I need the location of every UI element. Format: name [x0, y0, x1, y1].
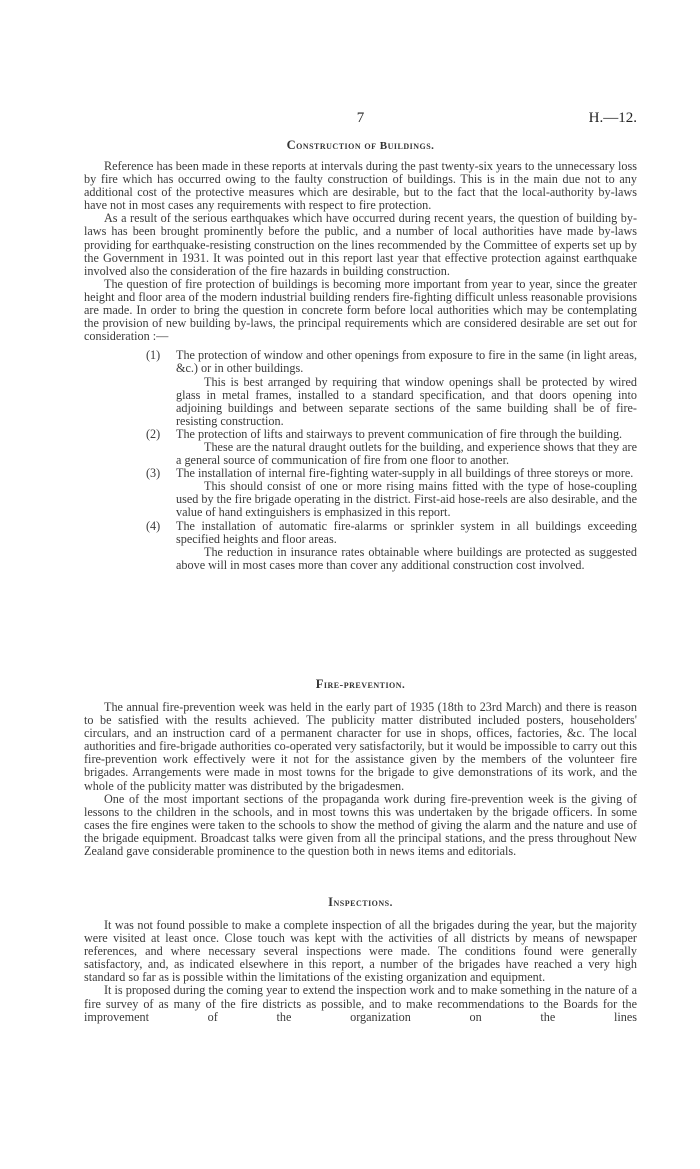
paragraph: It is proposed during the coming year to… [84, 984, 637, 1023]
section-construction-of-buildings: Construction of Buildings. Reference has… [84, 138, 637, 572]
list-item-number: (4) [146, 520, 160, 533]
paragraph: The question of fire protection of build… [84, 278, 637, 343]
paragraph: One of the most important sections of th… [84, 793, 637, 858]
list-item: (1) The protection of window and other o… [146, 349, 637, 428]
list-item-note: This is best arranged by requiring that … [176, 376, 637, 428]
section-heading: Inspections. [84, 895, 637, 910]
requirements-list: (1) The protection of window and other o… [146, 349, 637, 572]
page-number: 7 [84, 110, 637, 127]
document-reference: H.—12. [589, 110, 637, 127]
list-item-number: (2) [146, 428, 160, 441]
paragraph: Reference has been made in these reports… [84, 160, 637, 212]
list-item-note: These are the natural draught outlets fo… [176, 441, 637, 467]
list-item-note: The reduction in insurance rates obtaina… [176, 546, 637, 572]
list-item: (3) The installation of internal fire-fi… [146, 467, 637, 519]
paragraph: As a result of the serious earthquakes w… [84, 212, 637, 277]
list-item-note: This should consist of one or more risin… [176, 480, 637, 519]
list-item-number: (1) [146, 349, 160, 362]
list-item-requirement: The installation of automatic fire-alarm… [176, 520, 637, 546]
section-inspections: Inspections. It was not found possible t… [84, 895, 637, 1024]
section-heading: Construction of Buildings. [84, 138, 637, 153]
list-item-requirement: The protection of window and other openi… [176, 349, 637, 375]
paragraph: It was not found possible to make a comp… [84, 919, 637, 984]
list-item: (2) The protection of lifts and stairway… [146, 428, 637, 467]
page-header: 7 H.—12. [84, 110, 637, 130]
section-fire-prevention: Fire-prevention. The annual fire-prevent… [84, 677, 637, 858]
list-item-requirement: The protection of lifts and stairways to… [176, 428, 637, 441]
list-item: (4) The installation of automatic fire-a… [146, 520, 637, 572]
list-item-number: (3) [146, 467, 160, 480]
paragraph: The annual fire-prevention week was held… [84, 701, 637, 793]
section-heading: Fire-prevention. [84, 677, 637, 692]
